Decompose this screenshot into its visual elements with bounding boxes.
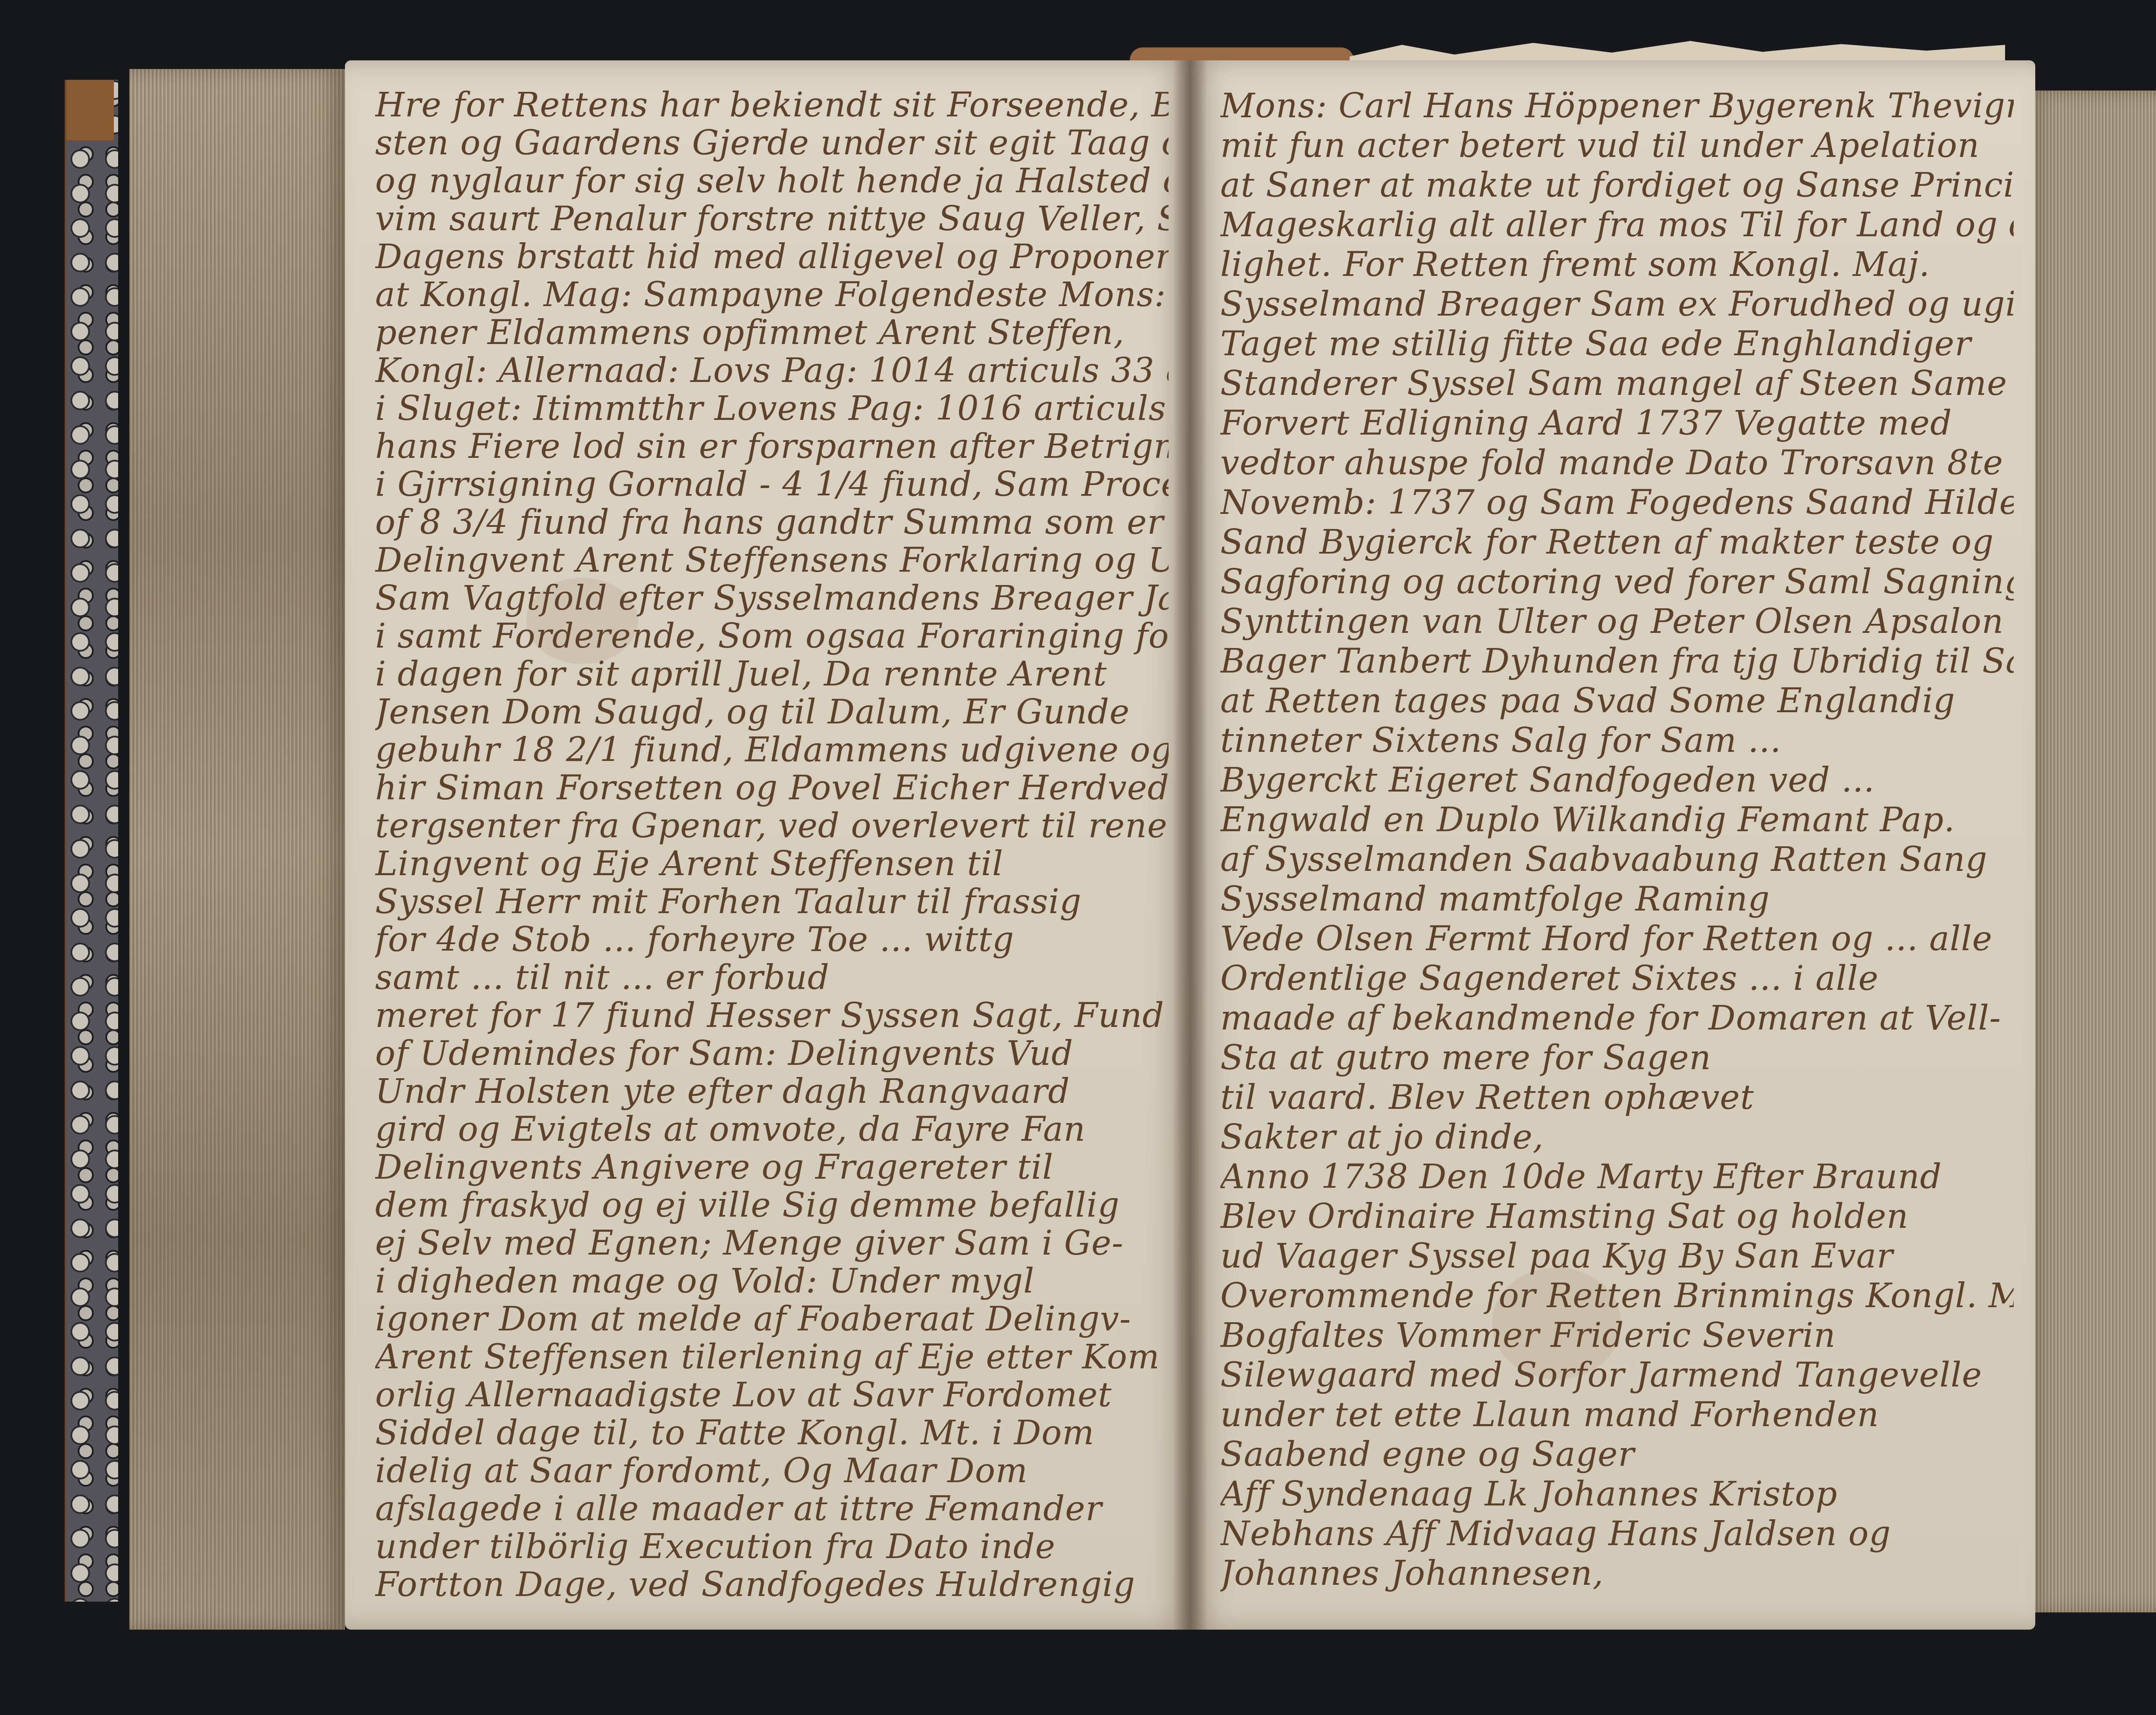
manuscript-line: Vede Olsen Fermt Hord for Retten og ... … xyxy=(1220,919,2014,959)
manuscript-line: Sagforing og actoring ved forer Saml Sag… xyxy=(1220,562,2014,602)
manuscript-line: pener Eldammens opfimmet Arent Steffen, xyxy=(375,314,1169,352)
manuscript-line: Sysselmand mamtfolge Raming xyxy=(1220,879,2014,919)
page-block-right-edge xyxy=(2027,91,2156,1612)
manuscript-line: Nebhans Aff Midvaag Hans Jaldsen og xyxy=(1220,1514,2014,1554)
manuscript-line: orlig Allernaadigste Lov at Savr Fordome… xyxy=(375,1376,1169,1414)
manuscript-line: of 8 3/4 fiund fra hans gandtr Summa som… xyxy=(375,504,1169,541)
book-gutter xyxy=(1173,60,1207,1630)
manuscript-line: dem fraskyd og ej ville Sig demme befall… xyxy=(375,1186,1169,1224)
manuscript-line: Taget me stillig fitte Saa ede Enghlandi… xyxy=(1220,324,2014,364)
manuscript-line: i dagen for sit aprill Juel, Da rennte A… xyxy=(375,655,1169,693)
manuscript-line: gebuhr 18 2/1 fiund, Eldammens udgivene … xyxy=(375,731,1169,769)
manuscript-line: gird og Evigtels at omvote, da Fayre Fan xyxy=(375,1111,1169,1149)
manuscript-line: Bogfaltes Vommer Frideric Severin xyxy=(1220,1316,2014,1355)
left-page: Hre for Rettens har bekiendt sit Forseen… xyxy=(345,60,1190,1630)
manuscript-line: Arent Steffensen tilerlening af Eje ette… xyxy=(375,1338,1169,1376)
manuscript-line: Engwald en Duplo Wilkandig Femant Pap. xyxy=(1220,800,2014,840)
manuscript-line: Mons: Carl Hans Höppener Bygerenk Thevig… xyxy=(1220,86,2014,126)
manuscript-line: Lingvent og Eje Arent Steffensen til xyxy=(375,845,1169,883)
manuscript-line: hans Fiere lod sin er forsparnen after B… xyxy=(375,428,1169,466)
manuscript-line: Mageskarlig alt aller fra mos Til for La… xyxy=(1220,205,2014,245)
manuscript-line: at Retten tages paa Svad Some Englandig xyxy=(1220,681,2014,721)
manuscript-line: sten og Gaardens Gjerde under sit egit T… xyxy=(375,124,1169,162)
manuscript-line: i digheden mage og Vold: Under mygl xyxy=(375,1262,1169,1300)
manuscript-line: under tilbörlig Execution fra Dato inde xyxy=(375,1528,1169,1566)
manuscript-line: Dagens brstatt hid med alligevel og Prop… xyxy=(375,238,1169,276)
manuscript-line: Forvert Edligning Aard 1737 Vegatte med xyxy=(1220,404,2014,443)
manuscript-line: Sam Vagtfold efter Sysselmandens Breager… xyxy=(375,579,1169,617)
manuscript-line: samt ... til nit ... er forbud xyxy=(375,959,1169,997)
book-cover-marbled xyxy=(65,80,118,1602)
manuscript-line: vim saurt Penalur forstre nittye Saug Ve… xyxy=(375,200,1169,238)
manuscript-line: Sand Bygierck for Retten af makter teste… xyxy=(1220,523,2014,562)
manuscript-line: af Sysselmanden Saabvaabung Ratten Sang xyxy=(1220,840,2014,879)
manuscript-line: Ordentlige Sagenderet Sixtes ... i alle xyxy=(1220,959,2014,998)
manuscript-line: Synttingen van Ulter og Peter Olsen Apsa… xyxy=(1220,602,2014,642)
manuscript-line: lighet. For Retten fremt som Kongl. Maj. xyxy=(1220,245,2014,285)
manuscript-line: Syssel Herr mit Forhen Taalur til frassi… xyxy=(375,883,1169,921)
manuscript-line: afslagede i alle maader at ittre Femande… xyxy=(375,1490,1169,1528)
right-page: Mons: Carl Hans Höppener Bygerenk Thevig… xyxy=(1190,60,2035,1630)
manuscript-line: Hre for Rettens har bekiendt sit Forseen… xyxy=(375,86,1169,124)
manuscript-line: Silewgaard med Sorfor Jarmend Tangevelle xyxy=(1220,1355,2014,1395)
manuscript-line: i Gjrrsigning Gornald - 4 1/4 fiund, Sam… xyxy=(375,466,1169,504)
manuscript-line: ej Selv med Egnen; Menge giver Sam i Ge- xyxy=(375,1224,1169,1262)
manuscript-line: Sakter at jo dinde, xyxy=(1220,1117,2014,1157)
page-block-left-edge xyxy=(129,69,345,1630)
manuscript-line: Aff Syndenaag Lk Johannes Kristop xyxy=(1220,1474,2014,1514)
manuscript-line: i samt Forderende, Som ogsaa Foraringing… xyxy=(375,617,1169,655)
manuscript-line: Blev Ordinaire Hamsting Sat og holden xyxy=(1220,1197,2014,1236)
leather-corner xyxy=(66,80,114,140)
manuscript-line: Standerer Syssel Sam mangel af Steen Sam… xyxy=(1220,364,2014,404)
manuscript-line: Novemb: 1737 og Sam Fogedens Saand Hilde xyxy=(1220,483,2014,523)
manuscript-line: Johannes Johannesen, xyxy=(1220,1554,2014,1593)
manuscript-line: igoner Dom at melde af Foaberaat Delingv… xyxy=(375,1300,1169,1338)
manuscript-line: Bygerckt Eigeret Sandfogeden ved ... xyxy=(1220,760,2014,800)
manuscript-line: for 4de Stob ... forheyre Toe ... wittg xyxy=(375,921,1169,959)
right-page-text: Mons: Carl Hans Höppener Bygerenk Thevig… xyxy=(1220,86,2014,1593)
manuscript-line: tinneter Sixtens Salg for Sam ... xyxy=(1220,721,2014,760)
manuscript-line: hir Siman Forsetten og Povel Eicher Herd… xyxy=(375,769,1169,807)
left-page-text: Hre for Rettens har bekiendt sit Forseen… xyxy=(375,86,1169,1604)
manuscript-line: vedtor ahuspe fold mande Dato Trorsavn 8… xyxy=(1220,443,2014,483)
manuscript-line: ud Vaager Syssel paa Kyg By San Evar xyxy=(1220,1236,2014,1276)
manuscript-line: tergsenter fra Gpenar, ved overlevert ti… xyxy=(375,807,1169,845)
manuscript-line: mit fun acter betert vud til under Apela… xyxy=(1220,126,2014,166)
manuscript-line: og nyglaur for sig selv holt hende ja Ha… xyxy=(375,162,1169,200)
manuscript-line: Anno 1738 Den 10de Marty Efter Braund xyxy=(1220,1157,2014,1197)
manuscript-line: idelig at Saar fordomt, Og Maar Dom xyxy=(375,1452,1169,1490)
manuscript-line: maade af bekandmende for Domaren at Vell… xyxy=(1220,998,2014,1038)
manuscript-line: Sysselmand Breager Sam ex Forudhed og ug… xyxy=(1220,285,2014,324)
manuscript-line: Delingvents Angivere og Fragereter til xyxy=(375,1149,1169,1186)
manuscript-line: Undr Holsten yte efter dagh Rangvaard xyxy=(375,1073,1169,1111)
manuscript-line: Overommende for Retten Brinmings Kongl. … xyxy=(1220,1276,2014,1316)
manuscript-line: meret for 17 fiund Hesser Syssen Sagt, F… xyxy=(375,997,1169,1035)
manuscript-line: Jensen Dom Saugd, og til Dalum, Er Gunde xyxy=(375,693,1169,731)
manuscript-line: Fortton Dage, ved Sandfogedes Huldrengig xyxy=(375,1566,1169,1604)
manuscript-line: Delingvent Arent Steffensens Forklaring … xyxy=(375,541,1169,579)
manuscript-line: Kongl: Allernaad: Lovs Pag: 1014 articul… xyxy=(375,352,1169,390)
manuscript-line: Sta at gutro mere for Sagen xyxy=(1220,1038,2014,1078)
manuscript-line: i Sluget: Itimmtthr Lovens Pag: 1016 art… xyxy=(375,390,1169,428)
manuscript-line: under tet ette Llaun mand Forhenden xyxy=(1220,1395,2014,1435)
manuscript-line: of Udemindes for Sam: Delingvents Vud xyxy=(375,1035,1169,1073)
manuscript-line: Saabend egne og Sager xyxy=(1220,1435,2014,1474)
manuscript-line: Bager Tanbert Dyhunden fra tjg Ubridig t… xyxy=(1220,642,2014,681)
manuscript-line: til vaard. Blev Retten ophævet xyxy=(1220,1078,2014,1117)
manuscript-line: at Saner at makte ut fordiget og Sanse P… xyxy=(1220,166,2014,205)
manuscript-line: Siddel dage til, to Fatte Kongl. Mt. i D… xyxy=(375,1414,1169,1452)
manuscript-line: at Kongl. Mag: Sampayne Folgendeste Mons… xyxy=(375,276,1169,314)
